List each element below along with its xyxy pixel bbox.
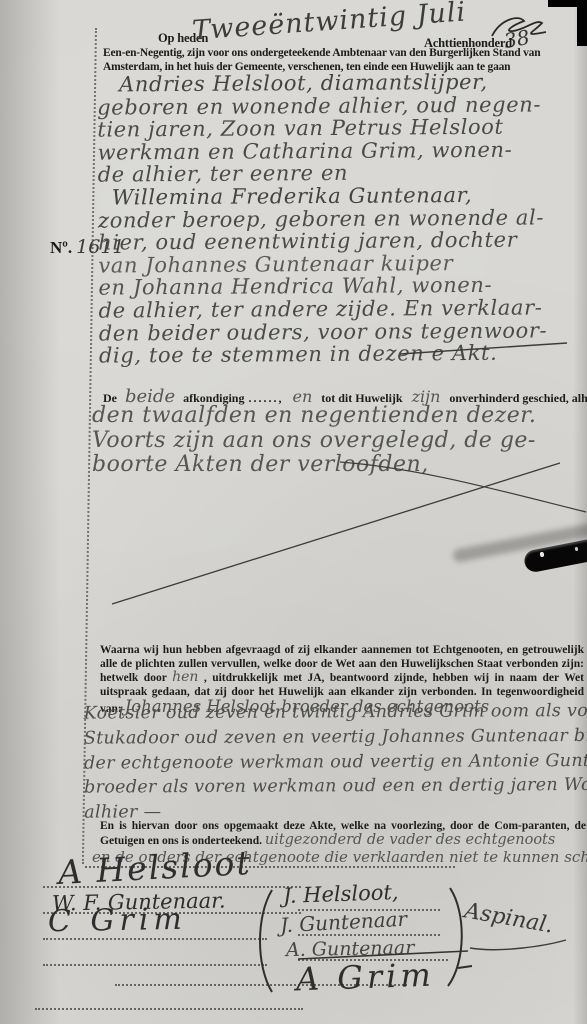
signature-dotted-line [43,964,267,966]
hw-parties-block: Andries Helsloot, diamantslijper, gebore… [97,70,547,367]
hw-line: der echtgenoote werkman oud veertig en A… [84,748,587,776]
signature-witness-1: J. Helsloot, [283,880,399,908]
hw-line: Stukadoor oud zeven en veertig Johannes … [84,723,587,751]
brace-dash [458,966,472,968]
hw-line: broeder als voren werkman oud een en der… [84,773,587,801]
registrar-signature: Aspinal. [463,898,556,938]
no-label: Nº. [50,238,72,257]
printed-header-line2: Een-en-Negentig, zijn voor ons ondergete… [103,47,540,59]
signature-mother-groom: C Grim [48,902,187,939]
hw-line: hier, oud eenentwintig jaren, dochter [98,229,547,255]
hw-line: den twaalfden en negentienden dezer. [92,404,536,429]
signature-brace-left [260,890,272,992]
hw-line: Voorts zijn aan ons overgelegd, de ge- [92,429,536,454]
hw-line: boorte Akten der verloofden, [92,453,536,478]
signature-dotted-line [35,1008,303,1010]
hw-line: de alhier, ter eenre en [98,161,547,187]
registrar-underline-flourish [470,940,566,950]
hw-hen: hen [172,669,198,685]
closing-paragraph: En is hiervan door ons opgemaakt deze Ak… [100,820,586,848]
signature-groom: A Helsloot [57,843,252,892]
hw-closing-exception-1: uitgezonderd de vader des echtgenoots [265,832,555,848]
hw-witnesses-block: Koetsier oud zeven en twintig Andries Gr… [84,698,587,825]
photo-edge-bar-right [577,0,587,46]
marriage-certificate-scan: 38 Nº. 1611 Op heden Tweeëntwintig Juli … [0,0,587,1024]
hw-line: dig, toe te stemmen in dezen e Akt. [99,342,548,368]
signature-brace-right [448,888,462,986]
hw-announcement-block: den twaalfden en negentienden dezer. Voo… [92,404,536,478]
blank-space-cancel-line [112,463,560,604]
hw-line: Koetsier oud zeven en twintig Andries Gr… [84,698,587,726]
pen-glint [575,547,579,551]
signature-witness-4: A Grim [295,956,435,999]
hw-line: werkman en Catharina Grim, wonen- [97,138,546,164]
